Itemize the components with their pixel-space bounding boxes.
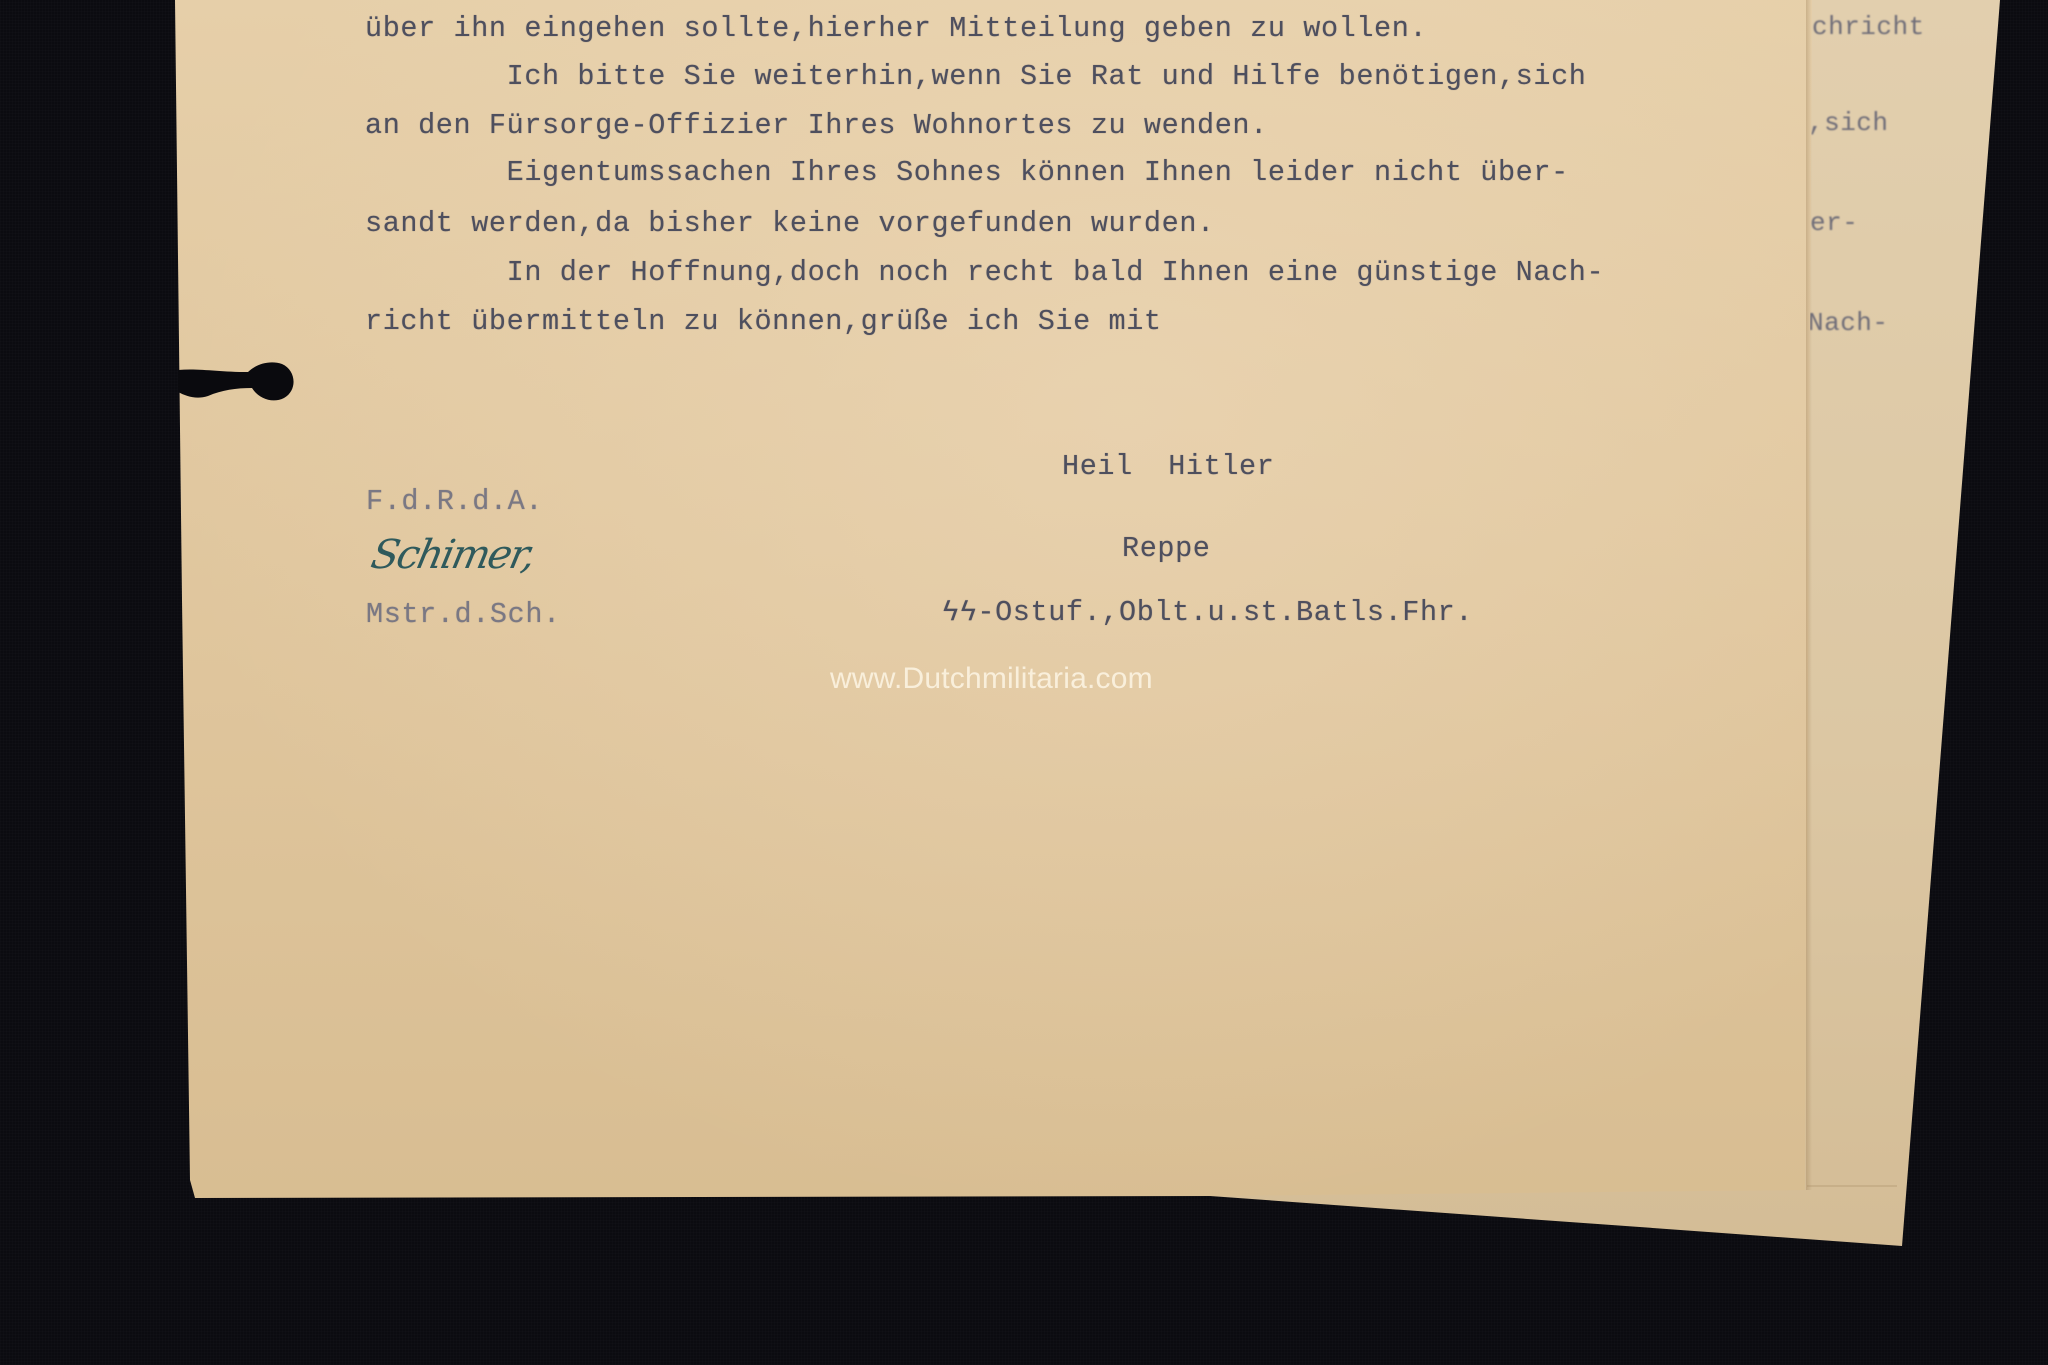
body-line: Ich bitte Sie weiterhin,wenn Sie Rat und… <box>365 60 1587 93</box>
body-line: richt übermitteln zu können,grüße ich Si… <box>365 305 1162 338</box>
certifier-title: Mstr.d.Sch. <box>366 598 561 631</box>
punch-hole-shadow-icon <box>178 356 298 402</box>
certification-abbrev: F.d.R.d.A. <box>366 485 543 518</box>
paper-crease <box>1807 1185 1897 1187</box>
back-sheet-fragment: ,sich <box>1808 108 1889 138</box>
body-line: über ihn eingehen sollte,hierher Mitteil… <box>365 12 1427 45</box>
back-sheet-fragment: Nach- <box>1808 308 1889 338</box>
closing-salutation: Heil Hitler <box>1062 450 1274 483</box>
front-sheet-edge-shadow <box>1806 0 1812 1190</box>
body-line: Eigentumssachen Ihres Sohnes können Ihne… <box>365 156 1569 189</box>
body-line: an den Fürsorge-Offizier Ihres Wohnortes… <box>365 109 1268 142</box>
watermark: www.Dutchmilitaria.com <box>830 662 1153 696</box>
handwritten-signature: Schimer, <box>367 532 538 578</box>
body-line: sandt werden,da bisher keine vorgefunden… <box>365 207 1215 240</box>
back-sheet-fragment: chricht <box>1812 12 1925 42</box>
back-sheet-fragment: er- <box>1810 208 1858 238</box>
signer-name: Reppe <box>1122 532 1211 565</box>
body-line: In der Hoffnung,doch noch recht bald Ihn… <box>365 256 1604 289</box>
signer-rank: ϟϟ-Ostuf.,Oblt.u.st.Batls.Fhr. <box>942 596 1473 629</box>
